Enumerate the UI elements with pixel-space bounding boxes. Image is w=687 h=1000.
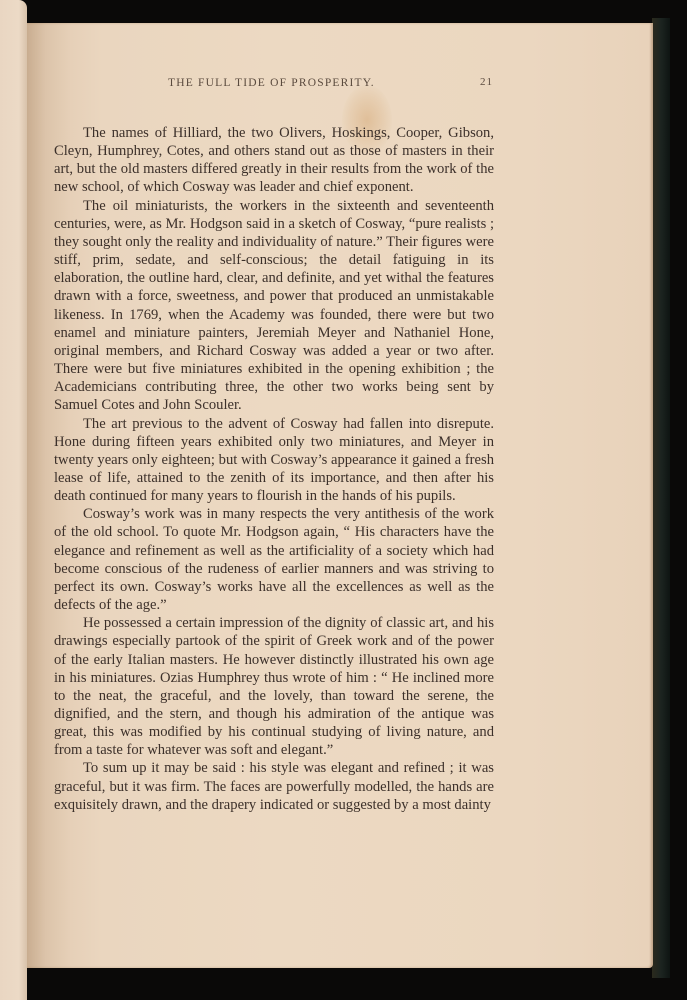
facing-page-edge <box>0 0 27 1000</box>
paragraph: The art previous to the advent of Cosway… <box>54 415 494 506</box>
paragraph: The names of Hilliard, the two Olivers, … <box>54 124 494 197</box>
body-text: The names of Hilliard, the two Olivers, … <box>54 124 494 814</box>
paragraph: Cosway’s work was in many respects the v… <box>54 505 494 614</box>
paragraph: To sum up it may be said : his style was… <box>54 759 494 813</box>
running-head: THE FULL TIDE OF PROSPERITY. <box>168 77 375 89</box>
paragraph: He possessed a certain impression of the… <box>54 614 494 759</box>
book-cover-edge <box>652 18 670 978</box>
page-number: 21 <box>480 76 493 88</box>
paragraph: The oil miniaturists, the workers in the… <box>54 197 494 415</box>
